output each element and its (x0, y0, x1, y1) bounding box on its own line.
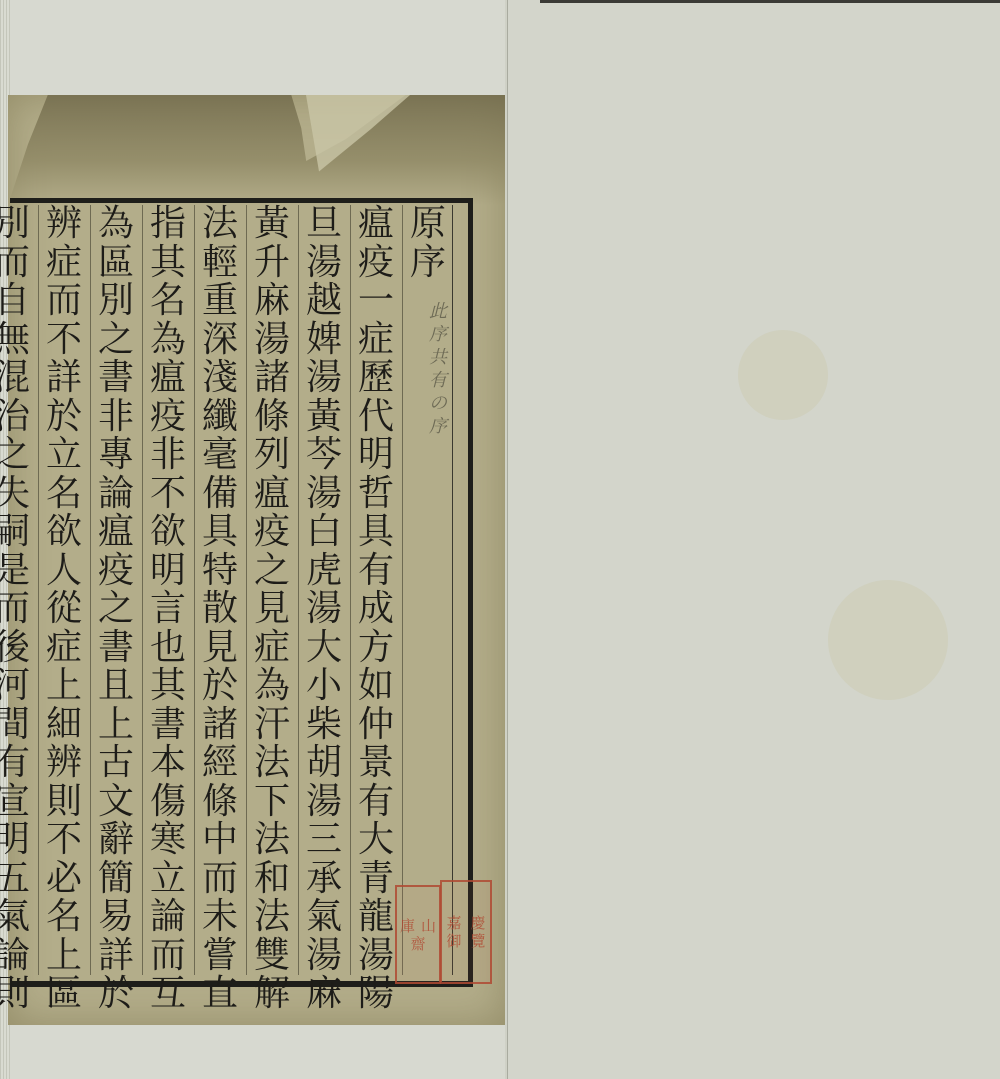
column-text: 見 (250, 590, 294, 629)
column-text: 自 (0, 282, 34, 321)
red-seal-left: 庫山齋 (395, 885, 441, 984)
column-text: 五 (0, 860, 34, 899)
column-text: 於 (198, 667, 242, 706)
column-text: 而 (42, 282, 86, 321)
column-text: 則 (0, 975, 34, 1014)
column-text: 立 (146, 860, 190, 899)
column-text: 諸 (250, 359, 294, 398)
column-text: 區 (42, 975, 86, 1014)
column-text: 直 (198, 975, 242, 1014)
column-text: 從 (42, 590, 86, 629)
column-text: 症 (250, 629, 294, 668)
column-text: 欲 (146, 513, 190, 552)
column-text: 而 (0, 244, 34, 283)
column-text: 纖 (198, 398, 242, 437)
column-text: 論 (94, 475, 138, 514)
column-text: 非 (94, 398, 138, 437)
column-text: 是 (0, 552, 34, 591)
page-title: 原 (406, 205, 450, 244)
paper-stain (828, 580, 948, 700)
column-text: 未 (198, 898, 242, 937)
column-text: 互 (146, 975, 190, 1014)
seal-text: 慶 (466, 914, 490, 932)
column-text: 備 (198, 475, 242, 514)
column-text: 旦 (302, 205, 346, 244)
column-text: 龍 (354, 898, 398, 937)
column-text: 條 (250, 398, 294, 437)
column-text: 淺 (198, 359, 242, 398)
column-text: 見 (198, 629, 242, 668)
handwritten-annotation: 此序共有の序 (425, 300, 451, 438)
column-text: 湯 (302, 937, 346, 976)
column-text: 具 (354, 513, 398, 552)
column-text: 言 (146, 590, 190, 629)
column-text: 立 (42, 436, 86, 475)
column-text: 瘟 (94, 513, 138, 552)
column-text: 雙 (250, 937, 294, 976)
column-text: 和 (250, 860, 294, 899)
column-text: 白 (302, 513, 346, 552)
column-text: 湯 (302, 475, 346, 514)
column-text: 簡 (94, 860, 138, 899)
column-text: 仲 (354, 706, 398, 745)
column-text: 柴 (302, 706, 346, 745)
column-text: 青 (354, 860, 398, 899)
column-text: 麻 (250, 282, 294, 321)
seal-text: 御 (442, 932, 466, 950)
column-text: 湯 (302, 590, 346, 629)
column-text: 特 (198, 552, 242, 591)
binding-edge (540, 0, 1000, 3)
column-text: 黃 (250, 205, 294, 244)
column-text: 書 (146, 706, 190, 745)
column-text: 區 (94, 244, 138, 283)
annotation-text: 序 (429, 415, 447, 438)
column-text: 為 (94, 205, 138, 244)
column-text: 列 (250, 436, 294, 475)
column-text: 別 (94, 282, 138, 321)
column-text: 湯 (302, 244, 346, 283)
annotation-text: 有 (429, 369, 447, 392)
column-text: 湯 (302, 783, 346, 822)
column-text: 陽 (354, 975, 398, 1014)
column-text: 名 (146, 282, 190, 321)
column-text: 失 (0, 475, 34, 514)
column-text: 症 (42, 629, 86, 668)
column-text: 症 (42, 244, 86, 283)
column-text: 如 (354, 667, 398, 706)
column-text: 辨 (42, 744, 86, 783)
column-text: 有 (0, 744, 34, 783)
column-text: 上 (94, 706, 138, 745)
column-text: 之 (0, 436, 34, 475)
column-text: 名 (42, 898, 86, 937)
annotation-text: 序 (429, 323, 447, 346)
column-text: 間 (0, 706, 34, 745)
column-text: 治 (0, 398, 34, 437)
column-text: 法 (250, 821, 294, 860)
column-text: 辨 (42, 205, 86, 244)
text-column-2: 旦湯越婢湯黃芩湯白虎湯大小柴胡湯三承氣湯麻 (298, 205, 351, 975)
text-column-4: 法輕重深淺纖毫備具特散見於諸經條中而未嘗直 (194, 205, 247, 975)
column-text: 麻 (302, 975, 346, 1014)
column-text: 毫 (198, 436, 242, 475)
column-text: 明 (354, 436, 398, 475)
column-text: 名 (42, 475, 86, 514)
column-text: 非 (146, 436, 190, 475)
column-text: 諸 (198, 706, 242, 745)
column-text: 法 (198, 205, 242, 244)
seal-text: 齋 (408, 935, 429, 953)
column-text: 而 (146, 937, 190, 976)
column-text: 深 (198, 321, 242, 360)
column-text: 歷 (354, 359, 398, 398)
column-text: 上 (42, 667, 86, 706)
column-text: 詳 (94, 937, 138, 976)
column-text: 虎 (302, 552, 346, 591)
column-text: 而 (0, 590, 34, 629)
column-text: 條 (198, 783, 242, 822)
column-text: 於 (42, 398, 86, 437)
column-text: 法 (250, 744, 294, 783)
column-text: 本 (146, 744, 190, 783)
column-text: 湯 (354, 937, 398, 976)
column-text: 湯 (302, 359, 346, 398)
red-seal-right: 嘉慶御覽 (440, 880, 492, 984)
column-text: 大 (354, 821, 398, 860)
column-text: 瘟 (250, 475, 294, 514)
column-text: 婢 (302, 321, 346, 360)
column-text: 明 (146, 552, 190, 591)
annotation-text: 共 (429, 346, 447, 369)
column-text: 胡 (302, 744, 346, 783)
text-column-3: 黃升麻湯諸條列瘟疫之見症為汗法下法和法雙解 (246, 205, 299, 975)
column-text: 書 (94, 359, 138, 398)
water-damage (8, 95, 505, 205)
column-text: 三 (302, 821, 346, 860)
column-text: 之 (250, 552, 294, 591)
column-text: 重 (198, 282, 242, 321)
column-text: 疫 (354, 244, 398, 283)
paper-stain (738, 330, 828, 420)
column-text: 無 (0, 321, 34, 360)
column-text: 詳 (42, 359, 86, 398)
column-text: 書 (94, 629, 138, 668)
column-text: 辭 (94, 821, 138, 860)
column-text: 河 (0, 667, 34, 706)
column-text: 芩 (302, 436, 346, 475)
column-text: 為 (146, 321, 190, 360)
column-text: 不 (42, 821, 86, 860)
column-text: 古 (94, 744, 138, 783)
column-text: 上 (42, 937, 86, 976)
seal-text: 嘉 (442, 914, 466, 932)
column-text: 宣 (0, 783, 34, 822)
column-text: 經 (198, 744, 242, 783)
column-text: 嗣 (0, 513, 34, 552)
column-text: 解 (250, 975, 294, 1014)
column-text: 別 (0, 205, 34, 244)
column-text: 之 (94, 590, 138, 629)
column-text: 疫 (146, 398, 190, 437)
column-text: 傷 (146, 783, 190, 822)
column-text: 論 (146, 898, 190, 937)
column-text: 而 (198, 860, 242, 899)
column-text: 明 (0, 821, 34, 860)
column-text: 欲 (42, 513, 86, 552)
column-text: 不 (146, 475, 190, 514)
annotation-text: の (429, 392, 447, 415)
column-text: 論 (0, 937, 34, 976)
column-text: 專 (94, 436, 138, 475)
right-blank-page (507, 0, 1000, 1079)
column-text: 後 (0, 629, 34, 668)
seal-text: 庫 (397, 917, 418, 935)
column-text: 寒 (146, 821, 190, 860)
column-text: 有 (354, 552, 398, 591)
column-text: 黃 (302, 398, 346, 437)
column-text: 疫 (94, 552, 138, 591)
column-text: 景 (354, 744, 398, 783)
seal-text: 覽 (466, 932, 490, 950)
column-text: 為 (250, 667, 294, 706)
column-text: 易 (94, 898, 138, 937)
column-text: 輕 (198, 244, 242, 283)
column-text: 疫 (250, 513, 294, 552)
column-text: 有 (354, 783, 398, 822)
column-text: 中 (198, 821, 242, 860)
column-text: 則 (42, 783, 86, 822)
column-text: 嘗 (198, 937, 242, 976)
column-text: 指 (146, 205, 190, 244)
column-text: 方 (354, 629, 398, 668)
column-text: 瘟 (146, 359, 190, 398)
column-text: 症 (354, 321, 398, 360)
text-column-7: 辨症而不詳於立名欲人從症上細辨則不必名上區 (38, 205, 91, 975)
column-text: 代 (354, 398, 398, 437)
text-column-5: 指其名為瘟疫非不欲明言也其書本傷寒立論而互 (142, 205, 195, 975)
column-text: 於 (94, 975, 138, 1014)
column-text: 湯 (250, 321, 294, 360)
column-text: 汗 (250, 706, 294, 745)
column-text: 小 (302, 667, 346, 706)
column-text: 人 (42, 552, 86, 591)
column-text: 之 (94, 321, 138, 360)
column-text: 瘟 (354, 205, 398, 244)
column-text: 越 (302, 282, 346, 321)
column-text: 不 (42, 321, 86, 360)
column-text: 氣 (302, 898, 346, 937)
seal-text: 山 (418, 917, 439, 935)
column-text: 法 (250, 898, 294, 937)
page-title: 序 (406, 244, 450, 283)
column-text: 承 (302, 860, 346, 899)
column-text: 其 (146, 667, 190, 706)
column-text: 必 (42, 860, 86, 899)
column-text: 哲 (354, 475, 398, 514)
column-text: 文 (94, 783, 138, 822)
column-text: 成 (354, 590, 398, 629)
column-text: 其 (146, 244, 190, 283)
column-text: 混 (0, 359, 34, 398)
text-column-8: 別而自無混治之失嗣是而後河間有宣明五氣論則 (0, 205, 39, 975)
column-text: 下 (250, 783, 294, 822)
column-text: 大 (302, 629, 346, 668)
text-column-6: 為區別之書非專論瘟疫之書且上古文辭簡易詳於 (90, 205, 143, 975)
column-text: 散 (198, 590, 242, 629)
column-text: 具 (198, 513, 242, 552)
column-text: 也 (146, 629, 190, 668)
column-text: 升 (250, 244, 294, 283)
text-column-1: 瘟疫一症歷代明哲具有成方如仲景有大青龍湯陽 (350, 205, 403, 975)
column-text: 一 (354, 282, 398, 321)
column-text: 細 (42, 706, 86, 745)
column-text: 氣 (0, 898, 34, 937)
annotation-text: 此 (429, 300, 447, 323)
column-text: 且 (94, 667, 138, 706)
